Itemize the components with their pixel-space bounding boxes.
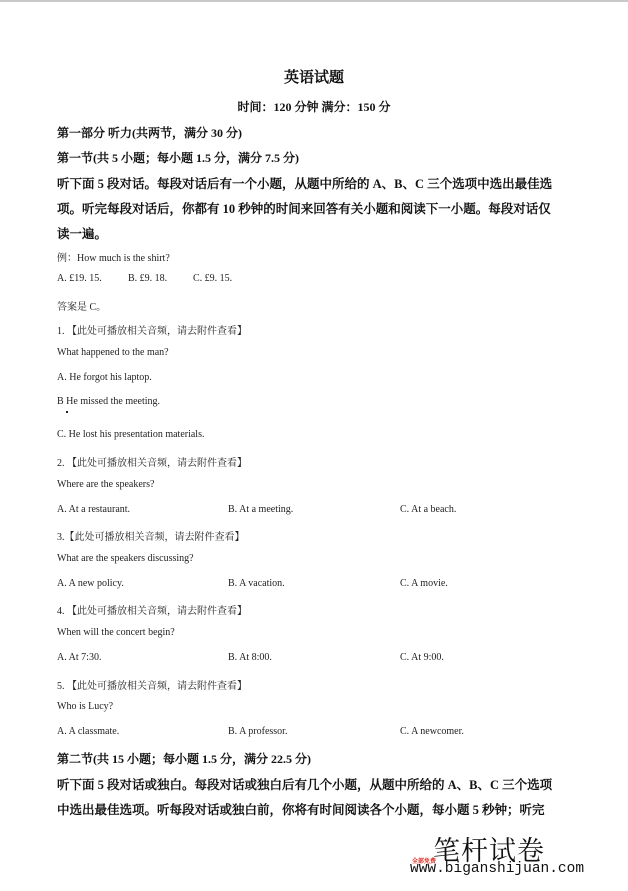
section1-instructions-line-3: 读一遍。: [57, 224, 107, 242]
q3-option-b: B. A vacation.: [228, 578, 285, 589]
part1-heading: 第一部分 听力(共两节，满分 30 分): [57, 124, 242, 141]
q1-option-a: A. He forgot his laptop.: [57, 372, 152, 383]
q1-audio-note: 1. 【此处可播放相关音频，请去附件查看】: [57, 322, 247, 337]
q1-option-c: C. He lost his presentation materials.: [57, 429, 204, 440]
q2-option-a: A. At a restaurant.: [57, 504, 130, 515]
section2-instructions-line-2: 中选出最佳选项。听每段对话或独白前，你将有时间阅读各个小题，每小题 5 秒钟；听…: [57, 800, 545, 818]
q2-option-c: C. At a beach.: [400, 504, 456, 515]
q5-option-c: C. A newcomer.: [400, 726, 464, 737]
q3-question: What are the speakers discussing?: [57, 553, 194, 564]
example-answer: 答案是 C。: [57, 298, 106, 313]
section2-heading: 第二节(共 15 小题；每小题 1.5 分，满分 22.5 分): [57, 750, 311, 767]
q5-option-a: A. A classmate.: [57, 726, 119, 737]
q3-audio-note: 3.【此处可播放相关音频，请去附件查看】: [57, 528, 245, 543]
stray-period-mark: [66, 411, 68, 413]
q5-audio-note: 5. 【此处可播放相关音频，请去附件查看】: [57, 677, 247, 692]
example-option-c: C. £9. 15.: [193, 273, 232, 284]
q4-audio-note: 4. 【此处可播放相关音频，请去附件查看】: [57, 602, 247, 617]
q2-option-b: B. At a meeting.: [228, 504, 293, 515]
q1-option-b: B He missed the meeting.: [57, 396, 160, 407]
section1-instructions-line-2: 项。听完每段对话后，你都有 10 秒钟的时间来回答有关小题和阅读下一小题。每段对…: [57, 199, 551, 217]
q4-question: When will the concert begin?: [57, 627, 175, 638]
document-title: 英语试题: [0, 66, 628, 87]
section1-heading: 第一节(共 5 小题；每小题 1.5 分，满分 7.5 分): [57, 149, 299, 166]
q2-question: Where are the speakers?: [57, 479, 154, 490]
exam-time-and-score: 时间：120 分钟 满分：150 分: [0, 98, 628, 115]
q1-question: What happened to the man?: [57, 347, 169, 358]
q3-option-a: A. A new policy.: [57, 578, 124, 589]
example-question: 例：How much is the shirt?: [57, 249, 170, 264]
example-option-a: A. £19. 15.: [57, 273, 102, 284]
watermark-url: www.biganshijuan.com: [410, 861, 584, 877]
page-top-border: [0, 0, 628, 2]
q4-option-c: C. At 9:00.: [400, 652, 444, 663]
q5-option-b: B. A professor.: [228, 726, 287, 737]
example-option-b: B. £9. 18.: [128, 273, 167, 284]
q3-option-c: C. A movie.: [400, 578, 448, 589]
q4-option-a: A. At 7:30.: [57, 652, 101, 663]
q4-option-b: B. At 8:00.: [228, 652, 272, 663]
section1-instructions-line-1: 听下面 5 段对话。每段对话后有一个小题，从题中所给的 A、B、C 三个选项中选…: [57, 174, 552, 192]
section2-instructions-line-1: 听下面 5 段对话或独白。每段对话或独白后有几个小题，从题中所给的 A、B、C …: [57, 775, 552, 793]
q2-audio-note: 2. 【此处可播放相关音频，请去附件查看】: [57, 454, 247, 469]
q5-question: Who is Lucy?: [57, 701, 113, 712]
